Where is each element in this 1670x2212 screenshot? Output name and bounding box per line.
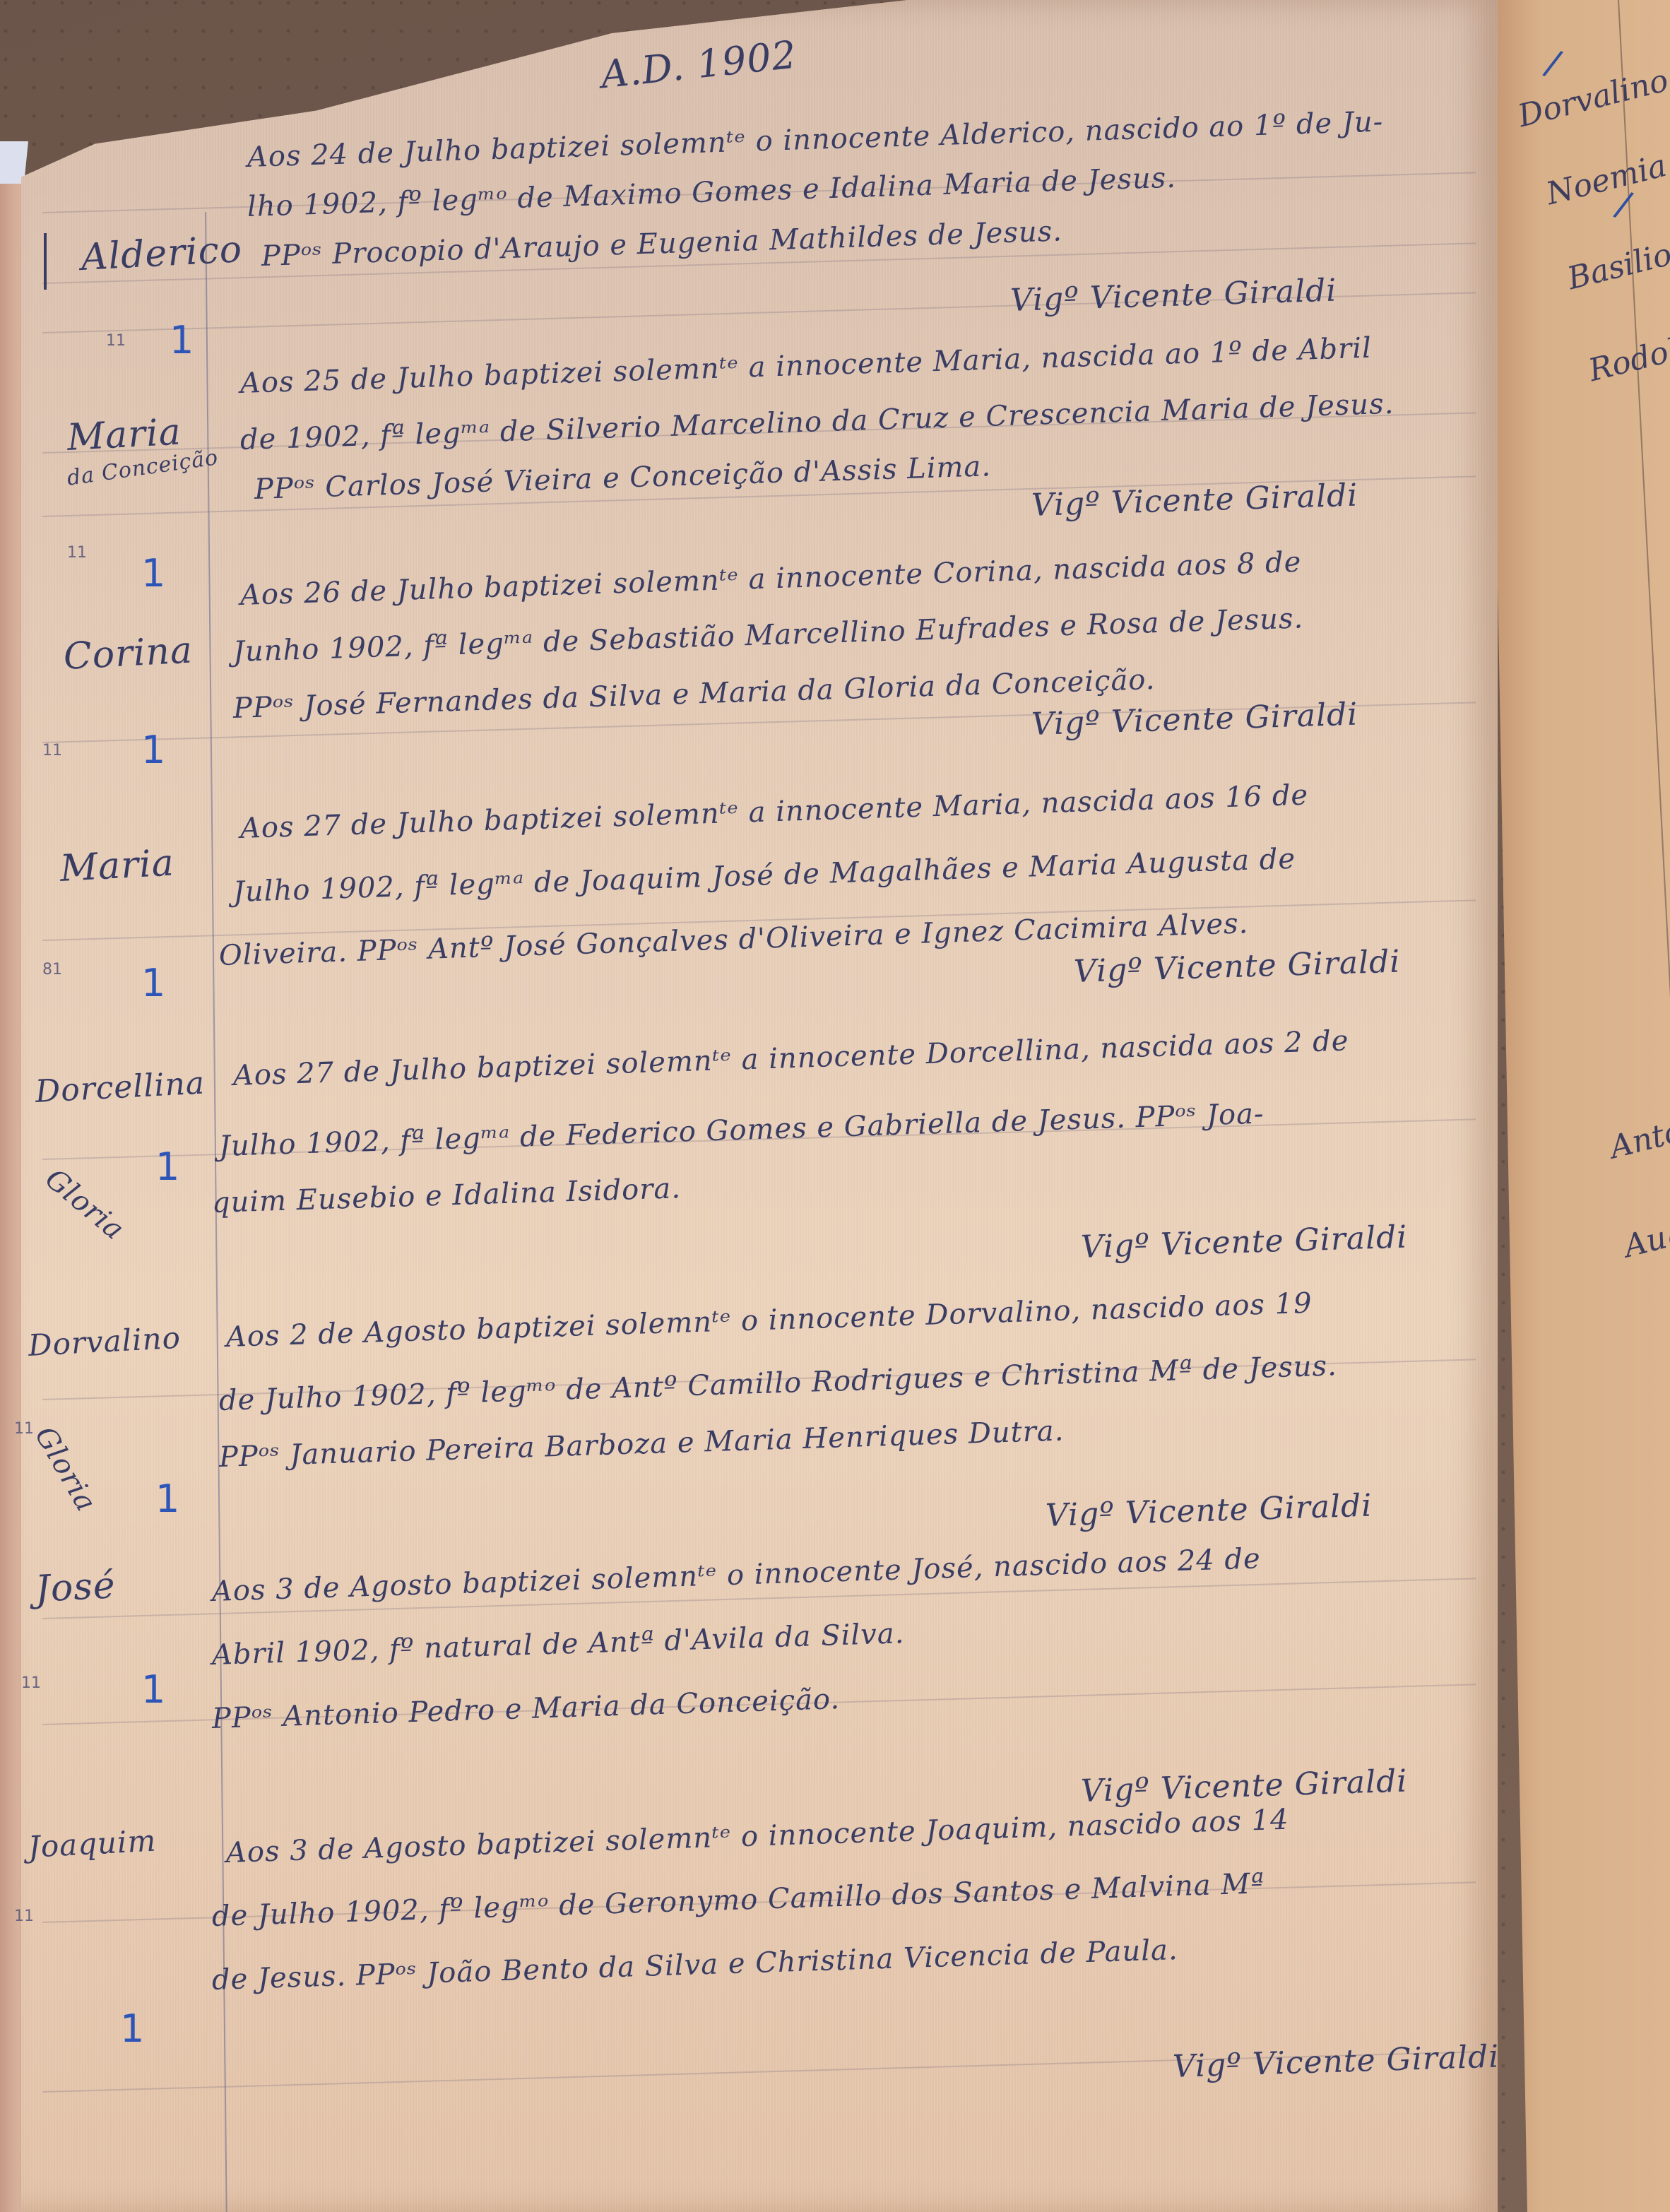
margin-bar-mark <box>44 233 47 290</box>
entry-tick: 11 <box>21 1674 41 1692</box>
entry-count: 1 <box>120 2006 144 2051</box>
entry-count: 1 <box>155 1145 179 1189</box>
entry-tick: 11 <box>14 1420 34 1438</box>
entry-tick: 81 <box>42 961 62 978</box>
entry-tick: 11 <box>67 544 87 562</box>
entry-count: 1 <box>141 961 165 1005</box>
entry-name: Joaquim <box>28 1823 158 1864</box>
entry-tick: 11 <box>106 332 126 350</box>
entry-name: Alderico <box>80 228 243 279</box>
entry-count: 1 <box>170 318 194 362</box>
entry-name: Maria <box>59 842 175 890</box>
entry-count: 1 <box>155 1477 179 1521</box>
entry-tick: 11 <box>14 1908 34 1925</box>
entry-tick: 11 <box>42 742 62 759</box>
entry-count: 1 <box>141 1667 165 1712</box>
entry-name: José <box>34 1564 117 1611</box>
entry-count: 1 <box>141 728 165 772</box>
entry-count: 1 <box>141 551 165 596</box>
entry-name: Corina <box>62 629 194 678</box>
register-page <box>21 0 1498 2212</box>
